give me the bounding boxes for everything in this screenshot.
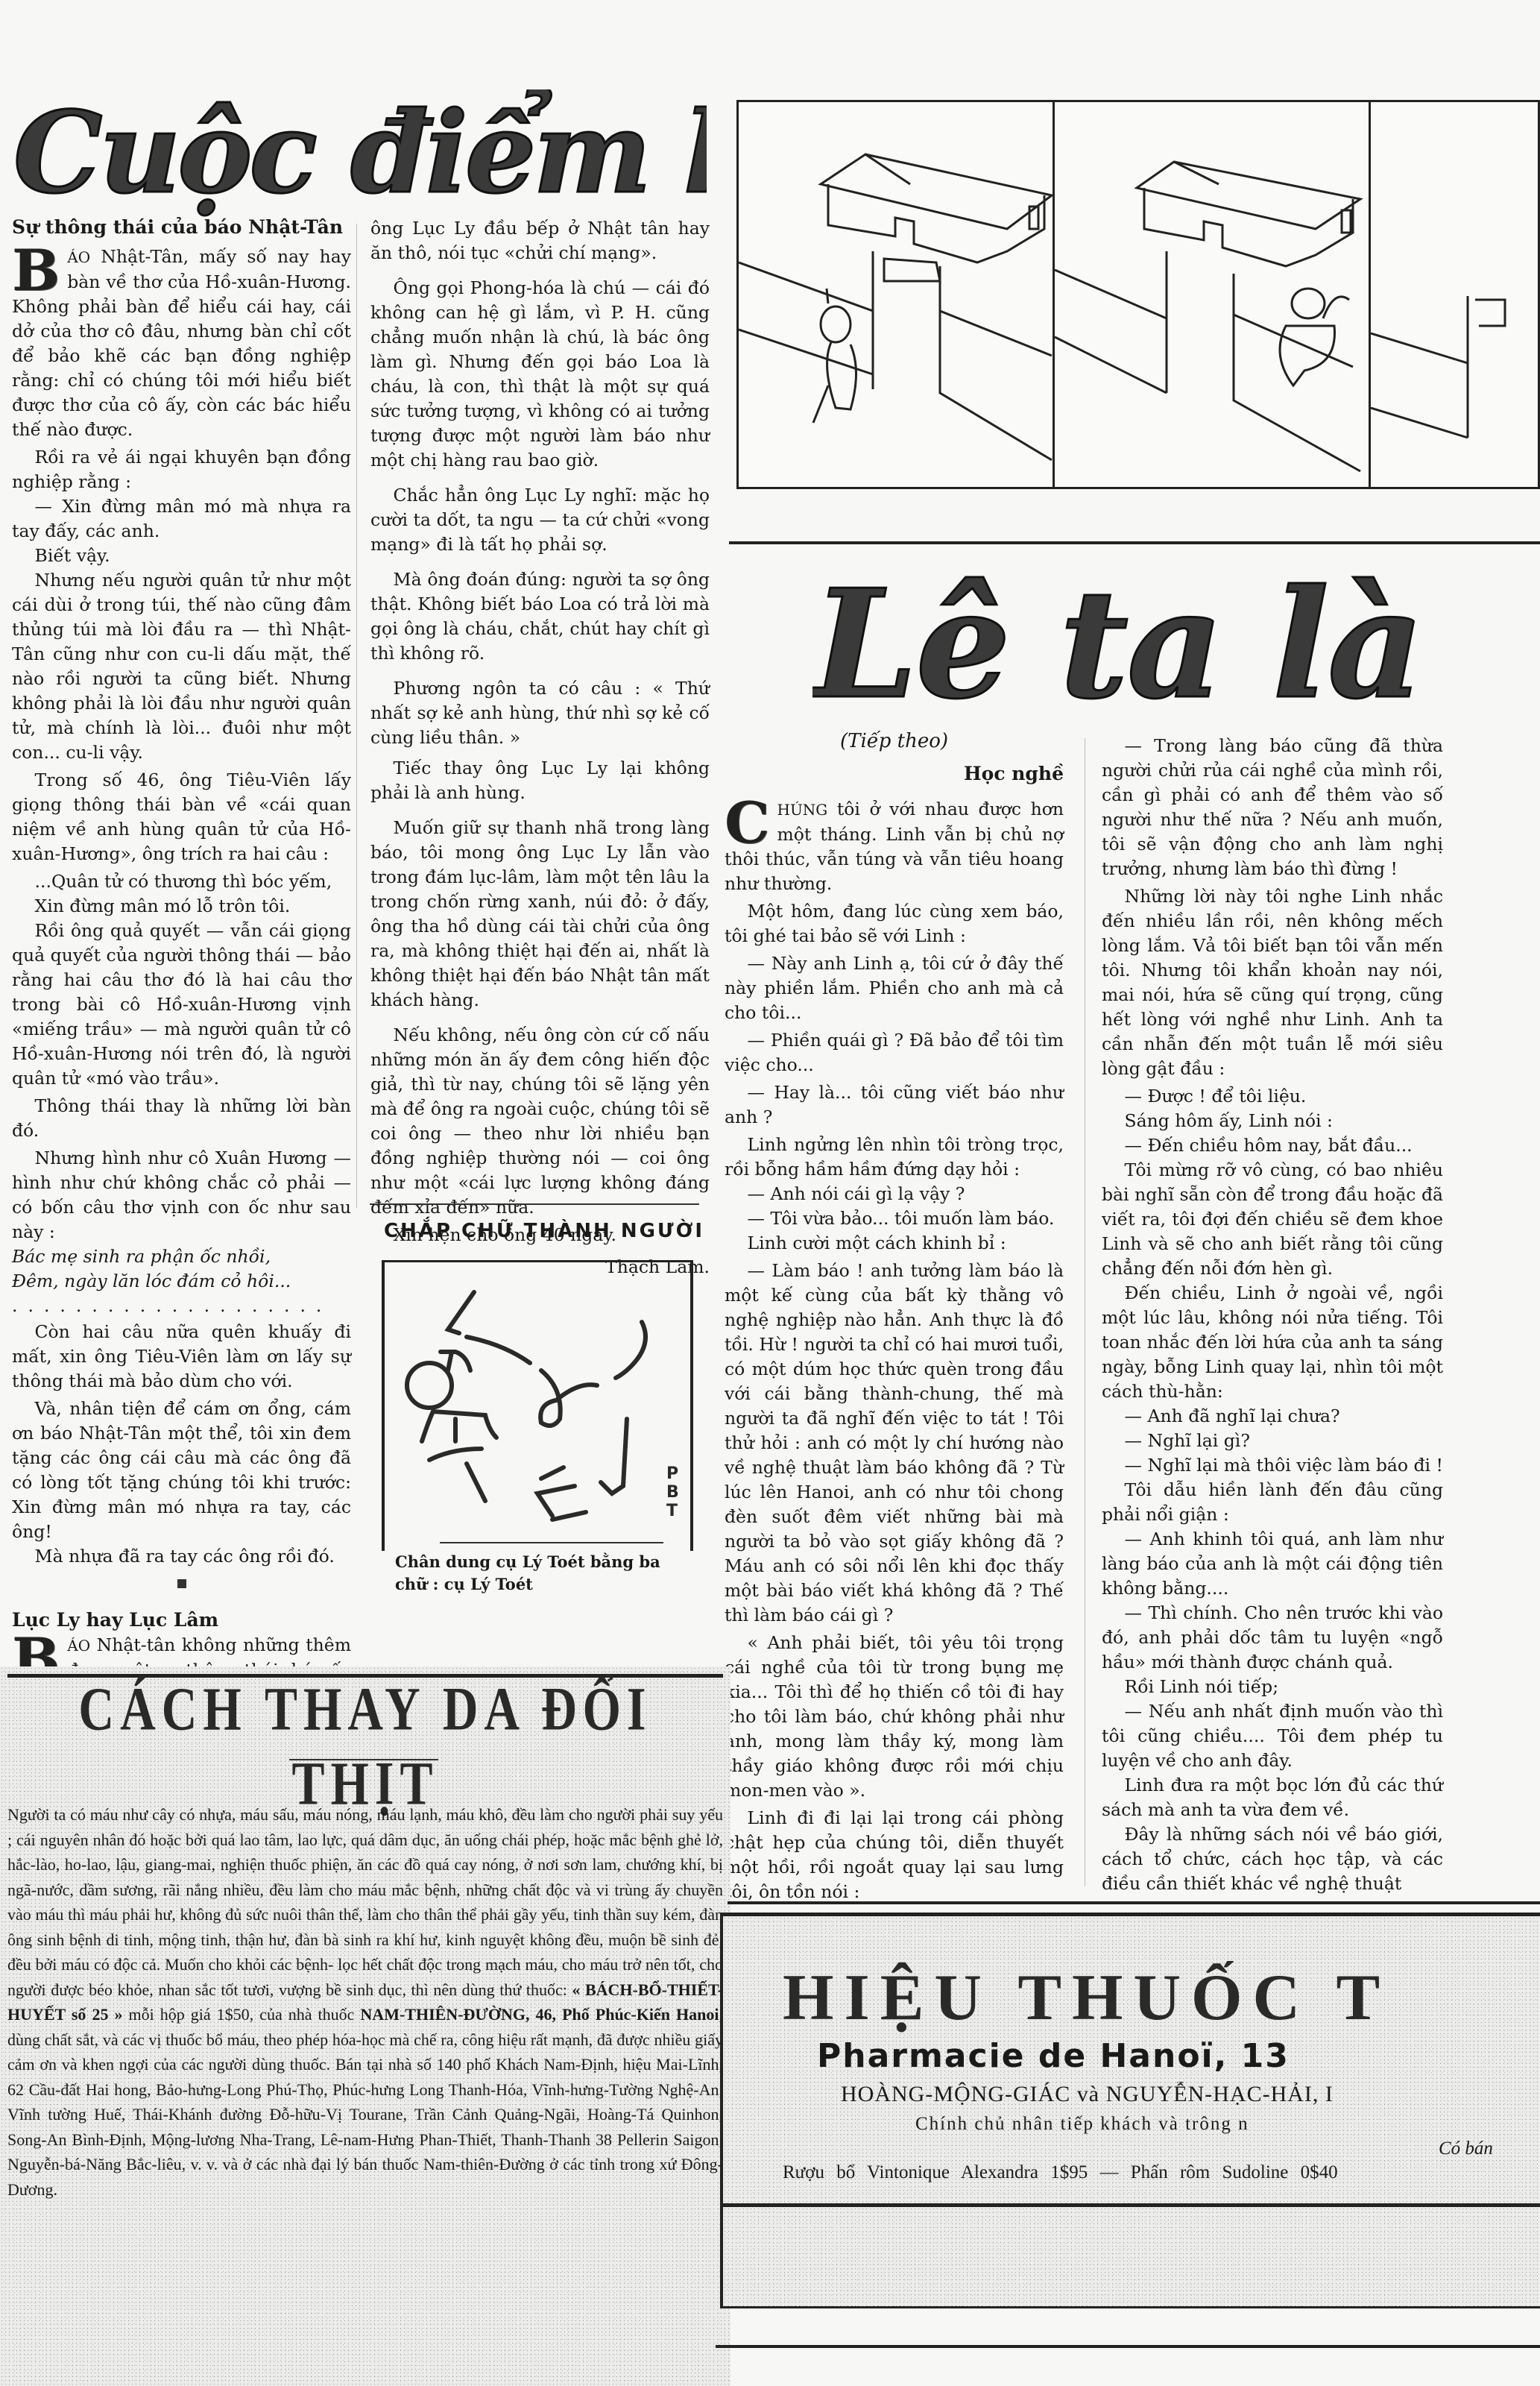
paragraph: Thông thái thay là những lời bàn đó.	[12, 1094, 351, 1143]
paragraph: Tôi mừng rỡ vô cùng, có bao nhiêu bài ng…	[1102, 1158, 1443, 1281]
paragraph: Nhưng hình như cô Xuân Hương — hình như …	[12, 1146, 351, 1244]
paragraph: Còn hai câu nữa quên khuấy đi mất, xin ô…	[12, 1320, 351, 1394]
ad-line: Rượu bổ Vintonique Alexandra 1$95 — Phấn…	[783, 2162, 1540, 2183]
column-1: Sự thông thái của báo Nhật-Tân BÁO Nhật-…	[12, 215, 351, 1763]
divider	[729, 541, 1540, 544]
serial-column-a: (Tiếp theo) Học nghề CHÚNG tôi ở với nha…	[725, 729, 1064, 1907]
paragraph: Rồi ra vẻ ái ngại khuyên bạn đồng nghiệp…	[12, 445, 351, 494]
paragraph: Linh cười một cách khinh bỉ :	[725, 1231, 1064, 1256]
paragraph: Biết vậy.	[12, 544, 351, 568]
ad-headline: CÁCH THAY DA ĐỔI THỊT	[7, 1672, 723, 1822]
paragraph: ông Lục Ly đầu bếp ở Nhật tân hay ăn thô…	[370, 216, 710, 265]
paragraph: — Xin đừng mân mó mà nhựa ra tay đấy, cá…	[12, 494, 351, 544]
paragraph: « Anh phải biết, tôi yêu tôi trọng cái n…	[725, 1631, 1064, 1803]
article-heading: Lục Ly hay Lục Lâm	[12, 1608, 351, 1633]
ad-line: Chính chủ nhân tiếp khách và trông n	[915, 2114, 1540, 2135]
paragraph: Đây là những sách nói về báo giới, cách …	[1102, 1822, 1443, 1896]
paragraph: — Hay là... tôi cũng viết báo như anh ?	[725, 1080, 1064, 1130]
paragraph: — Nghĩ lại mà thôi việc làm báo đi !	[1102, 1453, 1443, 1478]
ad-headline: HIỆU THUỐC T	[783, 1961, 1540, 2036]
cartoon-caption: Chân dung cụ Lý Toét bằng ba chữ : cụ Lý…	[395, 1551, 693, 1596]
verse-line: Bác mẹ sinh ra phận ốc nhồi,	[12, 1244, 351, 1269]
paragraph: Linh đi đi lại lại trong cái phòng chật …	[725, 1806, 1064, 1904]
old-man-climbing-wall-icon	[1055, 102, 1371, 490]
advertisement-blood-tonic: CÁCH THAY DA ĐỔI THỊT Người ta có máu nh…	[0, 1666, 730, 2386]
dropcap: C	[725, 800, 770, 846]
continued-label: (Tiếp theo)	[725, 729, 1064, 754]
column-2: ông Lục Ly đầu bếp ở Nhật tân hay ăn thô…	[370, 216, 710, 1279]
paragraph: — Phiền quái gì ? Đã bảo để tôi tìm việc…	[725, 1028, 1064, 1077]
paragraph: Đến chiều, Linh ở ngoài về, ngồi một lúc…	[1102, 1281, 1443, 1404]
dropcap: B	[12, 248, 60, 294]
wall-empty-scene-icon	[1371, 102, 1540, 490]
svg-text:B: B	[666, 1483, 679, 1502]
paragraph: Rồi Linh nói tiếp;	[1102, 1675, 1443, 1699]
paragraph: Tiếc thay ông Lục Ly lại không phải là a…	[370, 756, 710, 805]
paragraph: Rồi ông quả quyết — vẫn cái giọng quả qu…	[12, 919, 351, 1091]
svg-text:P: P	[666, 1464, 678, 1483]
paragraph: — Đến chiều hôm nay, bắt đầu...	[1102, 1133, 1443, 1158]
paragraph: Mà nhựa đã ra tay các ông rồi đó.	[12, 1544, 351, 1569]
paragraph: — Được ! để tôi liệu.	[1102, 1084, 1443, 1109]
paragraph: Ông gọi Phong-hóa là chú — cái đó không …	[370, 276, 710, 473]
chapter-title: Học nghề	[725, 761, 1064, 787]
paragraph: Mà ông đoán đúng: người ta sợ ông thật. …	[370, 567, 710, 666]
divider	[289, 1759, 438, 1760]
paragraph: — Tôi vừa bảo... tôi muốn làm báo.	[725, 1206, 1064, 1231]
section-masthead: Cuộc điểm báo	[13, 89, 707, 224]
paragraph: — Thì chính. Cho nên trước khi vào đó, a…	[1102, 1601, 1443, 1675]
advertisement-pharmacy: HIỆU THUỐC T Pharmacie de Hanoï, 13 HOÀN…	[720, 1913, 1540, 2207]
divider	[716, 2345, 1540, 2348]
paragraph: — Anh khinh tôi quá, anh làm như làng bá…	[1102, 1527, 1443, 1601]
old-man-walking-icon	[739, 102, 1055, 490]
verse-line: Đêm, ngày lăn lóc đám cỏ hôi...	[12, 1269, 351, 1294]
ly-toet-portrait-icon: P B T	[385, 1262, 690, 1553]
paragraph: — Anh nói cái gì lạ vậy ?	[725, 1182, 1064, 1206]
ad-body: Người ta có máu như cây có nhựa, máu sấu…	[7, 1802, 723, 2202]
article-heading: Sự thông thái của báo Nhật-Tân	[12, 215, 351, 240]
cartoon-title: CHẮP CHỮ THÀNH NGƯỜI	[373, 1220, 716, 1242]
paragraph: Linh đưa ra một bọc lớn đủ các thứ sách …	[1102, 1773, 1443, 1822]
section-separator-icon	[177, 1579, 186, 1588]
serial-lead: CHÚNG tôi ở với nhau được hơn một tháng.…	[725, 797, 1064, 896]
comic-strip	[736, 100, 1540, 489]
ad-line: Có bán	[1439, 2138, 1540, 2159]
paragraph: Muốn giữ sự thanh nhã trong làng báo, tô…	[370, 816, 710, 1013]
divider	[728, 1901, 1540, 1904]
ad-owners: HOÀNG-MỘNG-GIÁC và NGUYỄN-HẠC-HẢI, I	[841, 2082, 1540, 2107]
paragraph: Một hôm, đang lúc cùng xem báo, tôi ghé …	[725, 899, 1064, 948]
paragraph: Chắc hẳn ông Lục Ly nghĩ: mặc họ cười ta…	[370, 483, 710, 557]
divider	[370, 1203, 699, 1205]
paragraph: Và, nhân tiện để cám ơn ổng, cám ơn báo …	[12, 1397, 351, 1544]
paragraph: Sáng hôm ấy, Linh nói :	[1102, 1109, 1443, 1133]
comic-panel-3	[1371, 102, 1540, 487]
article-lead: BÁO Nhật-Tân, mấy số nay hay bàn về thơ …	[12, 245, 351, 442]
paragraph: Trong số 46, ông Tiêu-Viên lấy giọng thô…	[12, 768, 351, 866]
svg-text:T: T	[666, 1502, 678, 1520]
comic-panel-1	[739, 102, 1055, 487]
blank-ad-space	[720, 2207, 1540, 2308]
paragraph: — Này anh Linh ạ, tôi cứ ở đây thế này p…	[725, 951, 1064, 1025]
cartoon-frame: P B T PBT	[382, 1260, 693, 1551]
ellipsis-row: ....................	[12, 1294, 351, 1318]
paragraph: — Nếu anh nhất định muốn vào thì tôi cũn…	[1102, 1699, 1443, 1773]
shop-address: NAM-THIÊN-ĐƯỜNG, 46, Phố Phúc-Kiến Hanoi	[360, 2005, 719, 2024]
paragraph: Những lời này tôi nghe Linh nhắc đến nhi…	[1102, 884, 1443, 1081]
column-divider	[356, 224, 357, 1208]
paragraph: Linh ngửng lên nhìn tôi tròng trọc, rồi …	[725, 1133, 1064, 1182]
paragraph: Phương ngôn ta có câu : « Thứ nhất sợ kẻ…	[370, 676, 710, 750]
paragraph: — Trong làng báo cũng đã thừa người chửi…	[1102, 734, 1443, 881]
paragraph: — Làm báo ! anh tưởng làm báo là một kế …	[725, 1259, 1064, 1628]
ad-subtitle: Pharmacie de Hanoï, 13	[817, 2037, 1540, 2075]
serial-title: Lê ta là	[812, 567, 1540, 738]
column-divider	[1085, 738, 1085, 1886]
comic-panel-2	[1055, 102, 1371, 487]
paragraph: — Anh đã nghĩ lại chưa?	[1102, 1404, 1443, 1429]
paragraph: — Nghĩ lại gì?	[1102, 1429, 1443, 1453]
paragraph: Nhưng nếu người quân tử như một cái dùi …	[12, 568, 351, 765]
paragraph: Nếu không, nếu ông còn cứ cố nấu những m…	[370, 1023, 710, 1220]
quote-line: ...Quân tử có thương thì bóc yếm,	[12, 869, 351, 894]
serial-column-b: — Trong làng báo cũng đã thừa người chửi…	[1102, 734, 1443, 1899]
divider	[440, 1542, 663, 1543]
paragraph: Tôi dẫu hiền lành đến đâu cũng phải nổi …	[1102, 1478, 1443, 1527]
quote-line: Xin đừng mân mó lỗ trôn tôi.	[12, 894, 351, 919]
